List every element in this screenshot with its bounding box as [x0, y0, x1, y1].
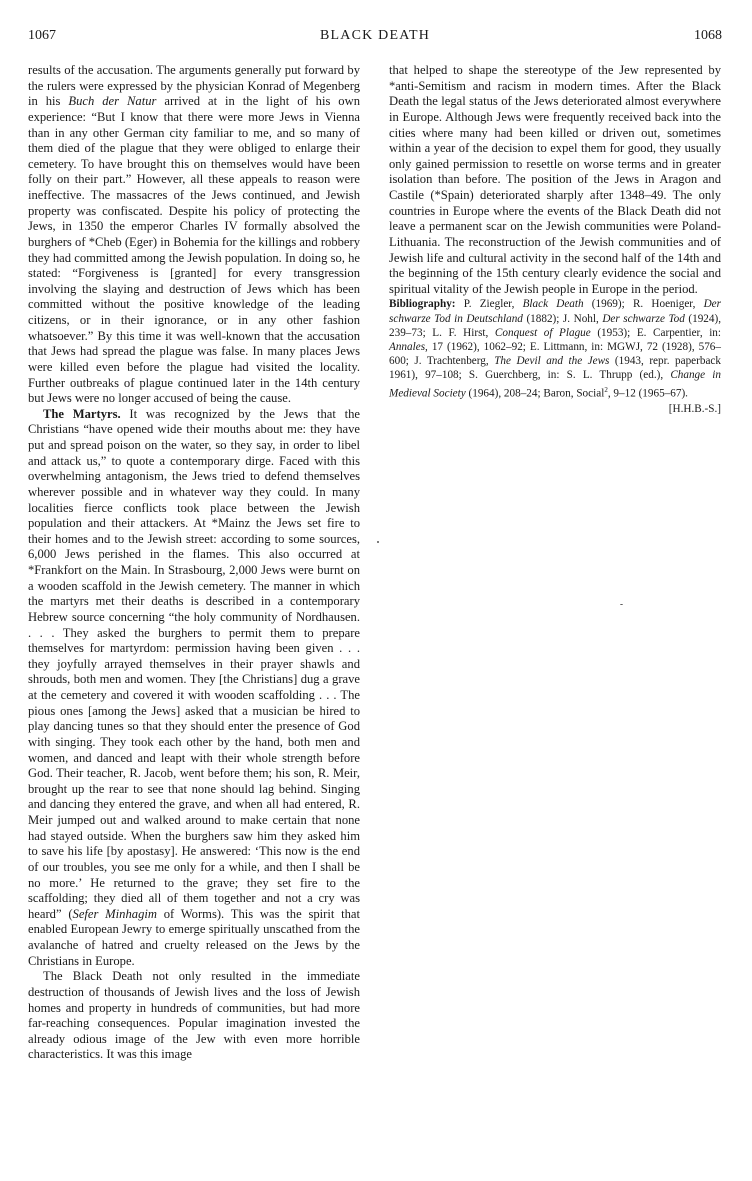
- paragraph-martyrs: The Martyrs. It was recognized by the Je…: [28, 407, 360, 970]
- section-heading-martyrs: The Martyrs.: [43, 407, 121, 421]
- scan-speck: [377, 541, 379, 543]
- running-title: BLACK DEATH: [28, 28, 722, 44]
- book-title: Sefer Minhagim: [73, 907, 157, 921]
- bibliography-label: Bibliography:: [389, 298, 456, 310]
- paragraph-stereotype: that helped to shape the stereotype of t…: [389, 63, 721, 297]
- right-column: that helped to shape the stereotype of t…: [389, 63, 721, 417]
- bibliography: Bibliography: P. Ziegler, Black Death (1…: [389, 297, 721, 400]
- paragraph-consequences: The Black Death not only resulted in the…: [28, 969, 360, 1063]
- paragraph-accusation: results of the accusation. The arguments…: [28, 63, 360, 407]
- page-number-right: 1068: [694, 28, 722, 44]
- page-header: 1067 BLACK DEATH 1068: [28, 28, 722, 48]
- left-column: results of the accusation. The arguments…: [28, 63, 360, 1063]
- scan-speck: [620, 604, 623, 605]
- author-signature: [H.H.B.-S.]: [389, 402, 721, 417]
- book-title: Buch der Natur: [68, 94, 156, 108]
